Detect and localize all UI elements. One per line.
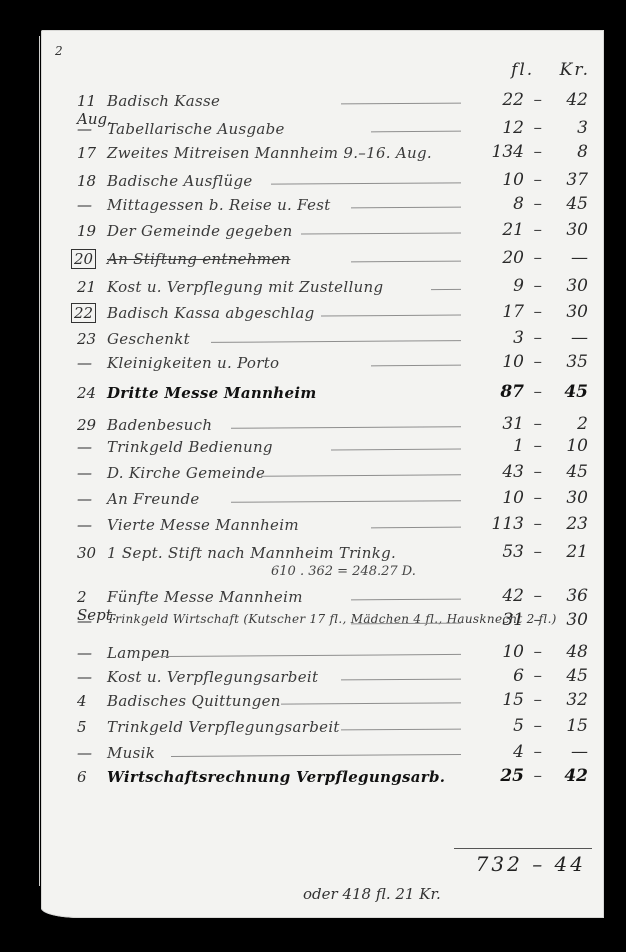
fill-line <box>371 365 461 367</box>
amount-florin: 43 <box>464 462 524 482</box>
entry-description: Badisch Kasse <box>107 92 220 110</box>
entry-description: Tabellarische Ausgabe <box>107 120 285 138</box>
ledger-row: —Tabellarische Ausgabe12–3 <box>41 118 604 142</box>
ledger-row: 19Der Gemeinde gegeben21–30 <box>41 220 604 244</box>
amount-florin: 22 <box>464 90 524 110</box>
entry-date: 30 <box>77 544 107 562</box>
entry-date: 4 <box>77 692 107 710</box>
fill-line <box>351 599 461 601</box>
column-header: fl. Kr. <box>493 60 590 80</box>
ledger-row: 22Badisch Kassa abgeschlag17–30 <box>41 302 604 326</box>
entry-description: Vierte Messe Mannheim <box>107 516 299 534</box>
fill-line <box>341 729 461 731</box>
amount-florin: 17 <box>464 302 524 322</box>
amount-kreuzer: 42 <box>548 766 588 786</box>
amount-kreuzer: 35 <box>548 352 588 372</box>
entry-date: — <box>77 464 107 482</box>
ledger-footnote: oder 418 fl. 21 Kr. <box>303 885 441 903</box>
amount-kreuzer: 15 <box>548 716 588 736</box>
fill-line <box>321 315 461 317</box>
ledger-row: 17Zweites Mitreisen Mannheim 9.–16. Aug.… <box>41 142 604 166</box>
entry-description: D. Kirche Gemeinde <box>107 464 265 482</box>
amount-separator: – <box>534 248 543 268</box>
entry-description: An Stiftung entnehmen <box>107 250 290 268</box>
ledger-row: —Vierte Messe Mannheim113–23 <box>41 514 604 538</box>
entry-date: 21 <box>77 278 107 296</box>
amount-florin: 31 <box>464 610 524 630</box>
ledger-row: 24Dritte Messe Mannheim87–45 <box>41 382 604 406</box>
amount-separator: – <box>534 488 543 508</box>
amount-florin: 9 <box>464 276 524 296</box>
amount-kreuzer: 30 <box>548 220 588 240</box>
amount-separator: – <box>534 742 543 762</box>
ledger-row: 4Badisches Quittungen15–32 <box>41 690 604 714</box>
amount-kreuzer: 10 <box>548 436 588 456</box>
amount-separator: – <box>534 766 543 786</box>
fill-line <box>211 340 461 343</box>
amount-separator: – <box>534 642 543 662</box>
fill-line <box>301 232 461 234</box>
amount-separator: – <box>534 90 543 110</box>
ledger-row: 23Geschenkt3–— <box>41 328 604 352</box>
ledger-row: —Mittagessen b. Reise u. Fest8–45 <box>41 194 604 218</box>
amount-separator: – <box>534 542 543 562</box>
amount-kreuzer: 45 <box>548 462 588 482</box>
amount-kreuzer: 30 <box>548 488 588 508</box>
entry-date: 20 <box>77 250 107 268</box>
amount-separator: – <box>534 352 543 372</box>
amount-kreuzer: 8 <box>548 142 588 162</box>
amount-separator: – <box>534 170 543 190</box>
amount-separator: – <box>534 328 543 348</box>
amount-kreuzer: 37 <box>548 170 588 190</box>
entry-description: Kost u. Verpflegung mit Zustellung <box>107 278 383 296</box>
amount-florin: 42 <box>464 586 524 606</box>
ledger-row: —D. Kirche Gemeinde43–45 <box>41 462 604 486</box>
entry-date: 18 <box>77 172 107 190</box>
entry-date: 5 <box>77 718 107 736</box>
entry-calculation: 610 . 362 = 248.27 D. <box>271 564 416 579</box>
ledger-row: 6Wirtschaftsrechnung Verpflegungsarb.25–… <box>41 766 604 790</box>
ledger-row: 301 Sept. Stift nach Mannheim Trinkg.610… <box>41 542 604 566</box>
entry-date: — <box>77 644 107 662</box>
fill-line <box>351 261 461 263</box>
amount-florin: 10 <box>464 488 524 508</box>
entry-description: Trinkgeld Verpflegungsarbeit <box>107 718 340 736</box>
amount-florin: 134 <box>464 142 524 162</box>
amount-kreuzer: 42 <box>548 90 588 110</box>
amount-separator: – <box>534 276 543 296</box>
entry-date: 19 <box>77 222 107 240</box>
entry-description: Kleinigkeiten u. Porto <box>107 354 279 372</box>
amount-florin: 31 <box>464 414 524 434</box>
amount-kreuzer: — <box>548 742 588 762</box>
entry-description: Musik <box>107 744 155 762</box>
fill-line <box>261 474 461 476</box>
amount-kreuzer: 32 <box>548 690 588 710</box>
amount-separator: – <box>534 586 543 606</box>
fill-line <box>231 500 461 503</box>
fill-line <box>331 449 461 451</box>
fill-line <box>351 207 461 209</box>
amount-separator: – <box>534 220 543 240</box>
entry-date: 17 <box>77 144 107 162</box>
ledger-row: 29Badenbesuch31–2 <box>41 414 604 438</box>
entry-description: Lampen <box>107 644 170 662</box>
amount-separator: – <box>534 436 543 456</box>
amount-kreuzer: 3 <box>548 118 588 138</box>
amount-florin: 3 <box>464 328 524 348</box>
ledger-sheet: 2 fl. Kr. 11 Aug.Badisch Kasse22–42—Tabe… <box>41 30 604 918</box>
ledger-row: —Kleinigkeiten u. Porto10–35 <box>41 352 604 376</box>
amount-separator: – <box>534 666 543 686</box>
amount-separator: – <box>534 462 543 482</box>
ledger-row: —An Freunde10–30 <box>41 488 604 512</box>
amount-florin: 5 <box>464 716 524 736</box>
entry-date: 22 <box>77 304 107 322</box>
amount-kreuzer: — <box>548 248 588 268</box>
entry-date: 23 <box>77 330 107 348</box>
amount-florin: 1 <box>464 436 524 456</box>
amount-florin: 87 <box>464 382 524 402</box>
entry-description: Dritte Messe Mannheim <box>107 384 317 402</box>
ledger-row: —Musik4–— <box>41 742 604 766</box>
fill-line <box>171 754 461 757</box>
sum-rule <box>454 848 592 849</box>
entry-description: Geschenkt <box>107 330 190 348</box>
entry-date: — <box>77 120 107 138</box>
ledger-row: 2 Sept.Fünfte Messe Mannheim42–36 <box>41 586 604 610</box>
amount-kreuzer: — <box>548 328 588 348</box>
fill-line <box>281 702 461 704</box>
amount-kreuzer: 30 <box>548 610 588 630</box>
amount-florin: 20 <box>464 248 524 268</box>
entry-description: Badenbesuch <box>107 416 212 434</box>
entry-description: Badisch Kassa abgeschlag <box>107 304 314 322</box>
boxed-date-mark: 20 <box>71 249 96 269</box>
ledger-row: 21Kost u. Verpflegung mit Zustellung9–30 <box>41 276 604 300</box>
ledger-row: 11 Aug.Badisch Kasse22–42 <box>41 90 604 114</box>
ledger-total: 732 – 44 <box>476 852 586 876</box>
amount-kreuzer: 36 <box>548 586 588 606</box>
entry-date: 24 <box>77 384 107 402</box>
fill-line <box>371 131 461 133</box>
amount-separator: – <box>534 716 543 736</box>
amount-separator: – <box>534 302 543 322</box>
ledger-row: —Kost u. Verpflegungsarbeit6–45 <box>41 666 604 690</box>
entry-date: — <box>77 516 107 534</box>
amount-kreuzer: 45 <box>548 666 588 686</box>
fill-line <box>431 289 461 290</box>
amount-separator: – <box>534 610 543 630</box>
amount-kreuzer: 45 <box>548 382 588 402</box>
entry-description: Zweites Mitreisen Mannheim 9.–16. Aug. <box>107 144 432 162</box>
amount-separator: – <box>534 382 543 402</box>
fill-line <box>151 654 461 657</box>
amount-florin: 10 <box>464 642 524 662</box>
amount-florin: 10 <box>464 352 524 372</box>
entry-description: Mittagessen b. Reise u. Fest <box>107 196 331 214</box>
entry-date: — <box>77 438 107 456</box>
scanned-page-background: 2 fl. Kr. 11 Aug.Badisch Kasse22–42—Tabe… <box>0 0 626 952</box>
fill-line <box>231 426 461 429</box>
amount-florin: 8 <box>464 194 524 214</box>
amount-separator: – <box>534 194 543 214</box>
amount-kreuzer: 2 <box>548 414 588 434</box>
amount-separator: – <box>534 118 543 138</box>
amount-florin: 4 <box>464 742 524 762</box>
entry-date: — <box>77 354 107 372</box>
boxed-date-mark: 22 <box>71 303 96 323</box>
entry-description: Badische Ausflüge <box>107 172 253 190</box>
ledger-row: 18Badische Ausflüge10–37 <box>41 170 604 194</box>
amount-kreuzer: 30 <box>548 302 588 322</box>
entry-description: An Freunde <box>107 490 200 508</box>
ledger-row: 20An Stiftung entnehmen20–— <box>41 248 604 272</box>
amount-separator: – <box>534 514 543 534</box>
amount-separator: – <box>534 142 543 162</box>
amount-kreuzer: 48 <box>548 642 588 662</box>
amount-kreuzer: 23 <box>548 514 588 534</box>
entry-description: Trinkgeld Bedienung <box>107 438 273 456</box>
amount-separator: – <box>534 414 543 434</box>
entry-description: Badisches Quittungen <box>107 692 281 710</box>
amount-florin: 113 <box>464 514 524 534</box>
fill-line <box>341 679 461 681</box>
column-header-fl: fl. <box>511 60 534 80</box>
amount-kreuzer: 45 <box>548 194 588 214</box>
entry-description: 1 Sept. Stift nach Mannheim Trinkg. <box>107 544 396 562</box>
amount-kreuzer: 30 <box>548 276 588 296</box>
column-header-kr: Kr. <box>560 60 590 80</box>
amount-florin: 6 <box>464 666 524 686</box>
amount-florin: 10 <box>464 170 524 190</box>
amount-separator: – <box>534 690 543 710</box>
entry-description: Der Gemeinde gegeben <box>107 222 293 240</box>
ledger-row: —Trinkgeld Wirtschaft (Kutscher 17 fl., … <box>41 610 604 634</box>
fill-line <box>341 103 461 105</box>
amount-florin: 25 <box>464 766 524 786</box>
entry-date: — <box>77 490 107 508</box>
entry-date: — <box>77 744 107 762</box>
amount-florin: 21 <box>464 220 524 240</box>
fill-line <box>271 182 461 184</box>
ledger-row: —Lampen10–48 <box>41 642 604 666</box>
entry-date: — <box>77 196 107 214</box>
entry-date: — <box>77 668 107 686</box>
entry-date: 29 <box>77 416 107 434</box>
amount-florin: 12 <box>464 118 524 138</box>
amount-florin: 53 <box>464 542 524 562</box>
entry-date: 6 <box>77 768 107 786</box>
amount-florin: 15 <box>464 690 524 710</box>
fill-line <box>371 527 461 529</box>
amount-kreuzer: 21 <box>548 542 588 562</box>
entry-date: — <box>77 612 107 630</box>
ledger-row: —Trinkgeld Bedienung1–10 <box>41 436 604 460</box>
ledger-row: 5Trinkgeld Verpflegungsarbeit5–15 <box>41 716 604 740</box>
page-number: 2 <box>55 44 63 58</box>
entry-description: Wirtschaftsrechnung Verpflegungsarb. <box>107 768 445 786</box>
entry-description: Fünfte Messe Mannheim <box>107 588 303 606</box>
entry-description: Kost u. Verpflegungsarbeit <box>107 668 318 686</box>
